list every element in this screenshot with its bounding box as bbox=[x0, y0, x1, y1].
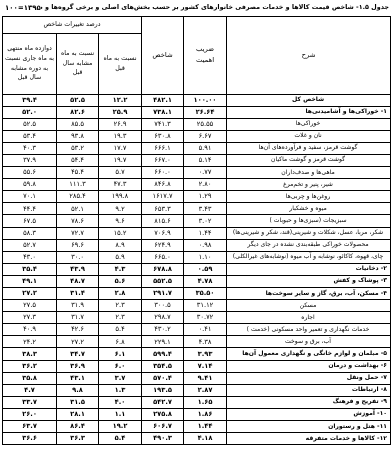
cell-weight: ۵.۹۱ bbox=[184, 142, 227, 154]
header-weight: ضریب اهمیت bbox=[184, 16, 227, 94]
cell-12-month-average: ۵۲.۰ bbox=[3, 106, 57, 118]
cell-index: ۴۹۰.۳ bbox=[142, 433, 184, 445]
cell-weight: ۳.۹۳ bbox=[184, 348, 227, 360]
cell-vs-same-month-last-year: ۷۲.۷ bbox=[57, 227, 99, 239]
cell-12-month-average: ۳۶.۲ bbox=[3, 360, 57, 372]
table-row: مسکن ۳۱.۱۲ ۳۰۰.۵ ۲.۳ ۳۱.۹ ۲۷.۵ bbox=[3, 300, 391, 312]
cell-vs-same-month-last-year: ۸۲.۶ bbox=[57, 106, 99, 118]
cell-index: ۱۶۱۷.۷ bbox=[142, 191, 184, 203]
cell-12-month-average: ۲۷.۲ bbox=[3, 288, 57, 300]
table-row: روغن‌ها و چربی‌ها ۱.۲۹ ۱۶۱۷.۷ ۱۹۹.۸ ۲۸۵.… bbox=[3, 191, 391, 203]
table-row: گوشت قرمز و گوشت ماکیان ۵.۱۴ ۶۶۷.۰ ۱۹.۷ … bbox=[3, 154, 391, 166]
cell-vs-same-month-last-year: ۸۵.۵ bbox=[57, 118, 99, 130]
table-row: ۲- دخانیات ۰.۵۹ ۶۷۸.۸ ۴.۳ ۴۳.۹ ۳۵.۴ bbox=[3, 263, 391, 275]
cell-description: ۱۲- کالاها و خدمات متفرقه bbox=[227, 433, 391, 445]
table-title: جدول ۱.۵- شاخص قیمت کالاها و خدمات مصرفی… bbox=[41, 3, 389, 13]
index-base-note: ۱۳۹۵=۱۰۰ bbox=[3, 3, 41, 14]
cell-vs-same-month-last-year: ۵۳.۲ bbox=[57, 142, 99, 154]
cell-vs-previous-month: ۴۷.۳ bbox=[99, 179, 142, 191]
cell-description: محصولات خوراکی طبقه‌بندی نشده در جای دیگ… bbox=[227, 239, 391, 251]
cell-12-month-average: ۷۰.۱ bbox=[3, 191, 57, 203]
cell-12-month-average: ۳۳.۷ bbox=[3, 396, 57, 408]
cell-index: ۶۳۰.۸ bbox=[142, 130, 184, 142]
cell-index: ۵۴۲.۷ bbox=[142, 396, 184, 408]
cell-index: ۶۶۶.۱ bbox=[142, 142, 184, 154]
cell-vs-same-month-last-year: ۳۴.۷ bbox=[57, 348, 99, 360]
cell-weight: ۰.۴۱ bbox=[184, 324, 227, 336]
cell-vs-previous-month: ۵.۹ bbox=[99, 251, 142, 263]
cell-vs-same-month-last-year: ۹.۸ bbox=[57, 384, 99, 396]
cell-index: ۳۵۴.۵ bbox=[142, 360, 184, 372]
cell-description: ۳- پوشاک و کفش bbox=[227, 275, 391, 287]
table-row: ۸- ارتباطات ۲.۸۷ ۱۹۳.۵ ۱.۳ ۹.۸ ۴.۷ bbox=[3, 384, 391, 396]
cell-12-month-average: ۳۶.۶ bbox=[3, 433, 57, 445]
table-row: ۱۱- هتل و رستوران ۱.۴۴ ۶۰۶.۷ ۱۹.۲ ۸۶.۴ ۶… bbox=[3, 421, 391, 433]
cell-weight: ۳۰.۷۲ bbox=[184, 312, 227, 324]
cell-vs-same-month-last-year: ۱۱۱.۳ bbox=[57, 179, 99, 191]
cell-index: ۷۴۱.۳ bbox=[142, 118, 184, 130]
cell-description: روغن‌ها و چربی‌ها bbox=[227, 191, 391, 203]
cell-weight: ۱.۱۰ bbox=[184, 251, 227, 263]
cell-weight: ۳۵.۵۰ bbox=[184, 288, 227, 300]
cell-vs-same-month-last-year: ۵۲.۵ bbox=[57, 94, 99, 106]
cell-index: ۵۹۹.۴ bbox=[142, 348, 184, 360]
cell-description: شیر، پنیر و تخم‌مرغ bbox=[227, 179, 391, 191]
cell-vs-previous-month: ۵.۷ bbox=[99, 167, 142, 179]
table-row: ۹- تفریح و فرهنگ ۱.۶۵ ۵۴۲.۷ ۴.۰ ۳۱.۵ ۳۳.… bbox=[3, 396, 391, 408]
cpi-table: شرح ضریب اهمیت شاخص درصد تغییرات شاخص نس… bbox=[2, 16, 391, 446]
cell-index: ۶۶۵.۰ bbox=[142, 251, 184, 263]
cell-vs-same-month-last-year: ۳۶.۹ bbox=[57, 360, 99, 372]
cell-12-month-average: ۳۷.۹ bbox=[3, 154, 57, 166]
cell-description: چای، قهوه، کاکائو، نوشابه و آب میوه (نوش… bbox=[227, 251, 391, 263]
cell-weight: ۰.۷۷ bbox=[184, 167, 227, 179]
cell-description: شاخص کل bbox=[227, 94, 391, 106]
table-row: ماهی‌ها و صدف‌داران ۰.۷۷ ۶۶۰.۰ ۵.۷ ۴۵.۴ … bbox=[3, 167, 391, 179]
cell-12-month-average: ۵۳.۴ bbox=[3, 130, 57, 142]
cell-vs-same-month-last-year: ۳۰.۰ bbox=[57, 251, 99, 263]
cell-index: ۶۶۷.۰ bbox=[142, 154, 184, 166]
cell-vs-previous-month: ۴.۳ bbox=[99, 263, 142, 275]
cell-12-month-average: ۶۷.۵ bbox=[3, 215, 57, 227]
cell-vs-same-month-last-year: ۴۲.۶ bbox=[57, 324, 99, 336]
table-row: خوراکی‌ها ۲۵.۵۵ ۷۴۱.۳ ۲۶.۹ ۸۵.۵ ۵۲.۵ bbox=[3, 118, 391, 130]
cell-weight: ۲۶.۶۴ bbox=[184, 106, 227, 118]
cell-index: ۵۵۲.۵ bbox=[142, 275, 184, 287]
cell-weight: ۱.۶۵ bbox=[184, 396, 227, 408]
cell-vs-same-month-last-year: ۴۵.۴ bbox=[57, 167, 99, 179]
cell-description: نان و غلات bbox=[227, 130, 391, 142]
cell-vs-previous-month: ۲۶.۹ bbox=[99, 118, 142, 130]
cell-description: گوشت قرمز، سفید و فرآورده‌های آن‌ها bbox=[227, 142, 391, 154]
header-percent-change-group: درصد تغییرات شاخص bbox=[3, 16, 142, 33]
header-index: شاخص bbox=[142, 16, 184, 94]
cell-vs-previous-month: ۴.۰ bbox=[99, 396, 142, 408]
cell-weight: ۱.۴۴ bbox=[184, 421, 227, 433]
cell-12-month-average: ۴۰.۳ bbox=[3, 142, 57, 154]
cell-vs-previous-month: ۲.۸ bbox=[99, 288, 142, 300]
cell-description: ۵- مبلمان و لوازم خانگی و نگهداری معمول … bbox=[227, 348, 391, 360]
cell-description: ۱- خوراکی‌ها و آشامیدنی‌ها bbox=[227, 106, 391, 118]
cell-vs-same-month-last-year: ۲۸.۱ bbox=[57, 408, 99, 420]
cell-description: ماهی‌ها و صدف‌داران bbox=[227, 167, 391, 179]
table-header: شرح ضریب اهمیت شاخص درصد تغییرات شاخص نس… bbox=[3, 16, 391, 94]
cell-12-month-average: ۲۷.۵ bbox=[3, 300, 57, 312]
cell-weight: ۵.۱۴ bbox=[184, 154, 227, 166]
cell-12-month-average: ۵۸.۳ bbox=[3, 227, 57, 239]
table-row: شاخص کل ۱۰۰.۰۰ ۴۸۲.۱ ۱۲.۲ ۵۲.۵ ۳۹.۴ bbox=[3, 94, 391, 106]
cell-12-month-average: ۳۹.۴ bbox=[3, 94, 57, 106]
cell-vs-previous-month: ۱۷.۷ bbox=[99, 142, 142, 154]
cell-weight: ۲۵.۵۵ bbox=[184, 118, 227, 130]
cell-vs-previous-month: ۲.۳ bbox=[99, 300, 142, 312]
cell-vs-previous-month: ۱۵.۲ bbox=[99, 227, 142, 239]
table-row: چای، قهوه، کاکائو، نوشابه و آب میوه (نوش… bbox=[3, 251, 391, 263]
cell-weight: ۱.۴۴ bbox=[184, 227, 227, 239]
cell-description: مسکن bbox=[227, 300, 391, 312]
cell-12-month-average: ۳۸.۳ bbox=[3, 348, 57, 360]
cell-12-month-average: ۴۹.۱ bbox=[3, 275, 57, 287]
cell-index: ۸۴۶.۸ bbox=[142, 179, 184, 191]
cell-description: ۲- دخانیات bbox=[227, 263, 391, 275]
cell-weight: ۴.۷۸ bbox=[184, 275, 227, 287]
cell-12-month-average: ۲۶.۰ bbox=[3, 408, 57, 420]
cell-vs-same-month-last-year: ۳۱.۴ bbox=[57, 288, 99, 300]
cell-vs-previous-month: ۱.۳ bbox=[99, 384, 142, 396]
cell-index: ۶۰۶.۷ bbox=[142, 421, 184, 433]
cell-description: ۱۱- هتل و رستوران bbox=[227, 421, 391, 433]
cell-12-month-average: ۳۵.۴ bbox=[3, 263, 57, 275]
cell-index: ۶۵۳.۳ bbox=[142, 203, 184, 215]
cell-12-month-average: ۴۴.۴ bbox=[3, 203, 57, 215]
cell-vs-previous-month: ۱۹.۲ bbox=[99, 421, 142, 433]
cell-weight: ۱.۸۶ bbox=[184, 408, 227, 420]
cell-weight: ۱۰۰.۰۰ bbox=[184, 94, 227, 106]
cell-vs-previous-month: ۱۲.۲ bbox=[99, 94, 142, 106]
cell-weight: ۲.۸۷ bbox=[184, 384, 227, 396]
cell-weight: ۳۱.۱۲ bbox=[184, 300, 227, 312]
table-row: گوشت قرمز، سفید و فرآورده‌های آن‌ها ۵.۹۱… bbox=[3, 142, 391, 154]
cell-vs-same-month-last-year: ۴۳.۹ bbox=[57, 263, 99, 275]
table-row: محصولات خوراکی طبقه‌بندی نشده در جای دیگ… bbox=[3, 239, 391, 251]
cell-weight: ۱.۲۹ bbox=[184, 191, 227, 203]
cell-description: ۸- ارتباطات bbox=[227, 384, 391, 396]
cell-12-month-average: ۵۲.۷ bbox=[3, 239, 57, 251]
cell-vs-previous-month: ۸.۹ bbox=[99, 239, 142, 251]
cell-index: ۸۱۵.۶ bbox=[142, 215, 184, 227]
cell-12-month-average: ۵۹.۸ bbox=[3, 179, 57, 191]
cell-weight: ۴.۳۸ bbox=[184, 336, 227, 348]
cell-vs-same-month-last-year: ۹۳.۸ bbox=[57, 130, 99, 142]
cell-vs-previous-month: ۱۹۹.۸ bbox=[99, 191, 142, 203]
cell-12-month-average: ۳۵.۸ bbox=[3, 372, 57, 384]
cell-vs-same-month-last-year: ۲۷.۲ bbox=[57, 336, 99, 348]
cell-index: ۲۲۹.۱ bbox=[142, 336, 184, 348]
cell-vs-previous-month: ۳.۷ bbox=[99, 372, 142, 384]
table-row: خدمات نگهداری و تعمیر واحد مسکونی (خدمت … bbox=[3, 324, 391, 336]
cell-vs-same-month-last-year: ۵۴.۴ bbox=[57, 154, 99, 166]
cell-weight: ۳.۰۲ bbox=[184, 215, 227, 227]
cell-vs-previous-month: ۵.۴ bbox=[99, 324, 142, 336]
cell-vs-same-month-last-year: ۶۹.۶ bbox=[57, 239, 99, 251]
cell-vs-same-month-last-year: ۸۶.۴ bbox=[57, 421, 99, 433]
cell-weight: ۲.۸۰ bbox=[184, 179, 227, 191]
cell-weight: ۹.۴۱ bbox=[184, 372, 227, 384]
cell-vs-same-month-last-year: ۷۸.۶ bbox=[57, 215, 99, 227]
cell-description: آب، برق و سوخت bbox=[227, 336, 391, 348]
cell-vs-previous-month: ۹.۲ bbox=[99, 203, 142, 215]
cell-index: ۲۷۵.۸ bbox=[142, 408, 184, 420]
table-row: سبزیجات (سبزی‌ها و حبوبات ) ۳.۰۲ ۸۱۵.۶ ۹… bbox=[3, 215, 391, 227]
table-row: ۱۰- آموزش ۱.۸۶ ۲۷۵.۸ ۱.۱ ۲۸.۱ ۲۶.۰ bbox=[3, 408, 391, 420]
cell-12-month-average: ۵۲.۵ bbox=[3, 118, 57, 130]
cell-index: ۶۷۸.۸ bbox=[142, 263, 184, 275]
cell-vs-same-month-last-year: ۴۳.۱ bbox=[57, 372, 99, 384]
table-caption-bar: جدول ۱.۵- شاخص قیمت کالاها و خدمات مصرفی… bbox=[2, 2, 390, 16]
cell-vs-same-month-last-year: ۴۸.۷ bbox=[57, 275, 99, 287]
cell-vs-same-month-last-year: ۲۸۵.۴ bbox=[57, 191, 99, 203]
cell-vs-previous-month: ۶.۰ bbox=[99, 360, 142, 372]
table-row: شکر، مربا، عسل، شکلات و شیرینی(قند، شکر … bbox=[3, 227, 391, 239]
document-page: جدول ۱.۵- شاخص قیمت کالاها و خدمات مصرفی… bbox=[0, 0, 392, 460]
cell-description: گوشت قرمز و گوشت ماکیان bbox=[227, 154, 391, 166]
cell-index: ۲۹۸.۷ bbox=[142, 312, 184, 324]
cell-index: ۵۷۰.۴ bbox=[142, 372, 184, 384]
cell-12-month-average: ۲۴.۲ bbox=[3, 336, 57, 348]
table-row: آب، برق و سوخت ۴.۳۸ ۲۲۹.۱ ۶.۸ ۲۷.۲ ۲۴.۲ bbox=[3, 336, 391, 348]
cell-12-month-average: ۴۳.۰ bbox=[3, 251, 57, 263]
cell-12-month-average: ۴.۷ bbox=[3, 384, 57, 396]
cell-description: اجاره bbox=[227, 312, 391, 324]
cell-weight: ۳.۴۳ bbox=[184, 203, 227, 215]
cell-description: ۷- حمل ونقل bbox=[227, 372, 391, 384]
table-row: شیر، پنیر و تخم‌مرغ ۲.۸۰ ۸۴۶.۸ ۴۷.۳ ۱۱۱.… bbox=[3, 179, 391, 191]
cell-weight: ۴.۱۸ bbox=[184, 433, 227, 445]
cell-index: ۷۰۶.۹ bbox=[142, 227, 184, 239]
cell-vs-same-month-last-year: ۳۶.۳ bbox=[57, 433, 99, 445]
table-row: ۱- خوراکی‌ها و آشامیدنی‌ها ۲۶.۶۴ ۷۳۸.۱ ۲… bbox=[3, 106, 391, 118]
table-row: ۷- حمل ونقل ۹.۴۱ ۵۷۰.۴ ۳.۷ ۴۳.۱ ۳۵.۸ bbox=[3, 372, 391, 384]
header-12-month-average: دوازده ماه منتهی به ماه جاری نسبت به دور… bbox=[3, 33, 57, 94]
cell-description: ۴- مسکن، آب، برق، گاز و سایر سوخت‌ها bbox=[227, 288, 391, 300]
cell-vs-previous-month: ۲.۳ bbox=[99, 312, 142, 324]
table-row: ۱۲- کالاها و خدمات متفرقه ۴.۱۸ ۴۹۰.۳ ۵.۴… bbox=[3, 433, 391, 445]
header-vs-previous-month: نسبت به ماه قبل bbox=[99, 33, 142, 94]
cell-description: ۶- بهداشت و درمان bbox=[227, 360, 391, 372]
cell-vs-previous-month: ۶.۱ bbox=[99, 348, 142, 360]
table-row: ۵- مبلمان و لوازم خانگی و نگهداری معمول … bbox=[3, 348, 391, 360]
cell-vs-previous-month: ۹.۶ bbox=[99, 215, 142, 227]
cell-index: ۷۳۸.۱ bbox=[142, 106, 184, 118]
cell-vs-same-month-last-year: ۵۲.۱ bbox=[57, 203, 99, 215]
cell-weight: ۶.۶۷ bbox=[184, 130, 227, 142]
cell-description: ۹- تفریح و فرهنگ bbox=[227, 396, 391, 408]
table-row: ۳- پوشاک و کفش ۴.۷۸ ۵۵۲.۵ ۵.۶ ۴۸.۷ ۴۹.۱ bbox=[3, 275, 391, 287]
cell-description: سبزیجات (سبزی‌ها و حبوبات ) bbox=[227, 215, 391, 227]
cell-vs-previous-month: ۵.۴ bbox=[99, 433, 142, 445]
cell-description: میوه و خشکبار bbox=[227, 203, 391, 215]
cell-description: خوراکی‌ها bbox=[227, 118, 391, 130]
cell-vs-same-month-last-year: ۳۱.۵ bbox=[57, 396, 99, 408]
cell-12-month-average: ۶۳.۷ bbox=[3, 421, 57, 433]
table-row: اجاره ۳۰.۷۲ ۲۹۸.۷ ۲.۳ ۳۱.۷ ۲۷.۳ bbox=[3, 312, 391, 324]
cell-index: ۳۰۰.۵ bbox=[142, 300, 184, 312]
cell-index: ۶۶۰.۰ bbox=[142, 167, 184, 179]
cell-12-month-average: ۴۰.۹ bbox=[3, 324, 57, 336]
header-vs-same-month-last-year: نسبت به ماه مشابه سال قبل bbox=[57, 33, 99, 94]
cell-index: ۴۳۰.۲ bbox=[142, 324, 184, 336]
cell-12-month-average: ۲۷.۳ bbox=[3, 312, 57, 324]
cell-vs-previous-month: ۵.۶ bbox=[99, 275, 142, 287]
header-description: شرح bbox=[227, 16, 391, 94]
table-row: میوه و خشکبار ۳.۴۳ ۶۵۳.۳ ۹.۲ ۵۲.۱ ۴۴.۴ bbox=[3, 203, 391, 215]
table-row: ۴- مسکن، آب، برق، گاز و سایر سوخت‌ها ۳۵.… bbox=[3, 288, 391, 300]
cell-vs-same-month-last-year: ۳۱.۹ bbox=[57, 300, 99, 312]
cell-weight: ۷.۱۴ bbox=[184, 360, 227, 372]
cell-index: ۱۹۳.۵ bbox=[142, 384, 184, 396]
cell-index: ۲۹۱.۷ bbox=[142, 288, 184, 300]
cell-description: ۱۰- آموزش bbox=[227, 408, 391, 420]
cell-vs-previous-month: ۶.۸ bbox=[99, 336, 142, 348]
cell-index: ۶۲۴.۹ bbox=[142, 239, 184, 251]
cell-12-month-average: ۵۵.۶ bbox=[3, 167, 57, 179]
cell-weight: ۰.۵۹ bbox=[184, 263, 227, 275]
cell-vs-previous-month: ۱.۱ bbox=[99, 408, 142, 420]
cell-vs-same-month-last-year: ۳۱.۷ bbox=[57, 312, 99, 324]
cell-description: شکر، مربا، عسل، شکلات و شیرینی(قند، شکر … bbox=[227, 227, 391, 239]
table-row: نان و غلات ۶.۶۷ ۶۳۰.۸ ۱۹.۳ ۹۳.۸ ۵۳.۴ bbox=[3, 130, 391, 142]
cell-vs-previous-month: ۱۹.۳ bbox=[99, 130, 142, 142]
cell-weight: ۰.۹۸ bbox=[184, 239, 227, 251]
table-row: ۶- بهداشت و درمان ۷.۱۴ ۳۵۴.۵ ۶.۰ ۳۶.۹ ۳۶… bbox=[3, 360, 391, 372]
cell-vs-previous-month: ۱۹.۷ bbox=[99, 154, 142, 166]
cell-description: خدمات نگهداری و تعمیر واحد مسکونی (خدمت … bbox=[227, 324, 391, 336]
cell-vs-previous-month: ۲۵.۹ bbox=[99, 106, 142, 118]
cell-index: ۴۸۲.۱ bbox=[142, 94, 184, 106]
table-body: شاخص کل ۱۰۰.۰۰ ۴۸۲.۱ ۱۲.۲ ۵۲.۵ ۳۹.۴ ۱- خ… bbox=[3, 94, 391, 445]
